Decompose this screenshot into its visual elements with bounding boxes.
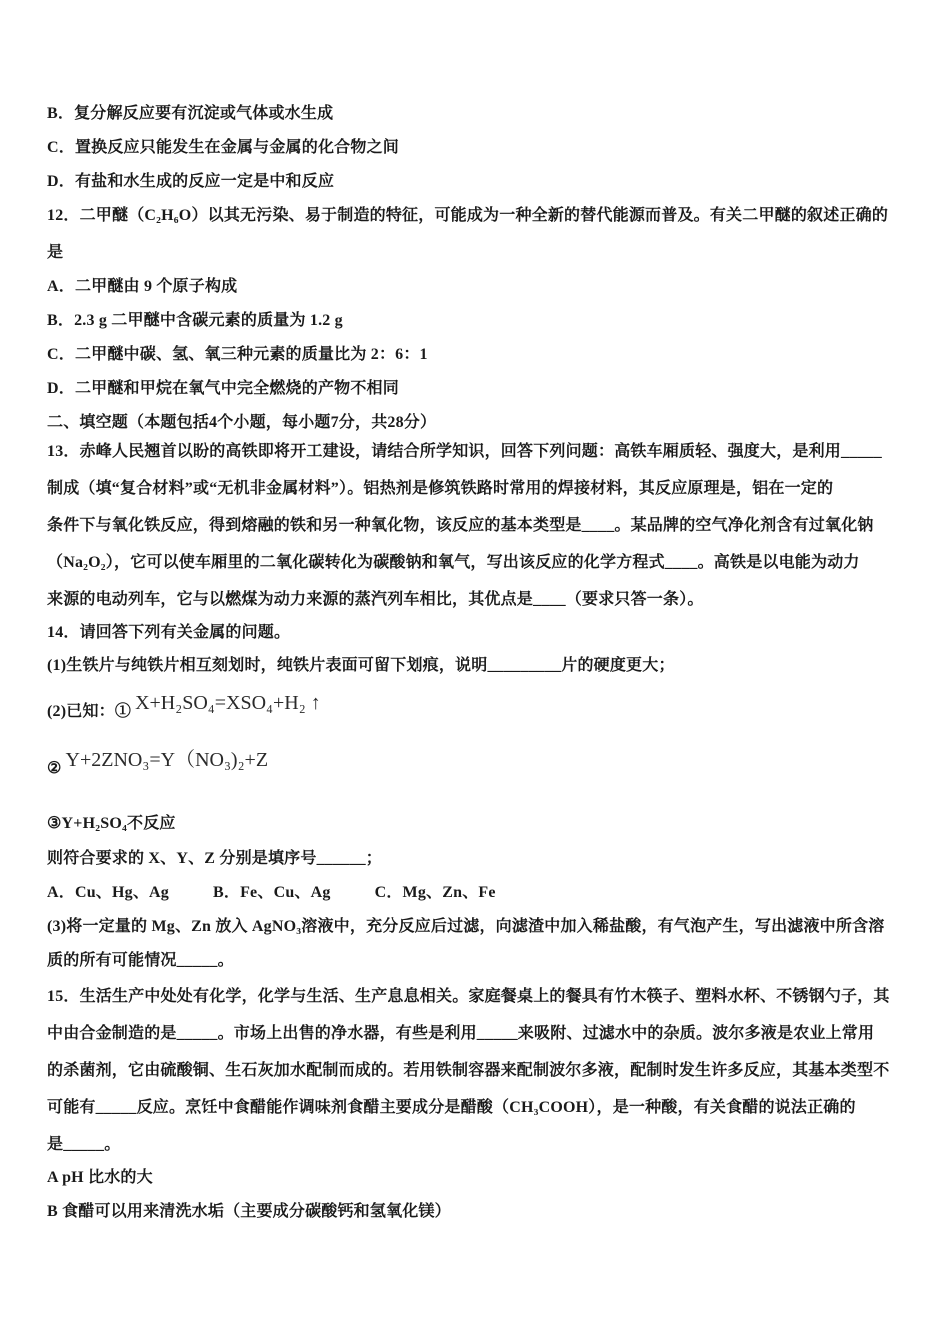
text-run: B 食醋可以用来清洗水垢（主要成分碳酸钙和氢氧化镁） — [47, 1203, 451, 1220]
option-q11-c: C．置换反应只能发生在金属与金属的化合物之间 — [47, 136, 910, 160]
text-run: 是_____。 — [47, 1136, 120, 1153]
option-q15-b: B 食醋可以用来清洗水垢（主要成分碳酸钙和氢氧化镁） — [47, 1200, 910, 1224]
text-run: (1)生铁片与纯铁片相互刻划时，纯铁片表面可留下划痕，说明_________片的… — [47, 657, 675, 674]
text-run: C．置换反应只能发生在金属与金属的化合物之间 — [47, 139, 399, 156]
option-q12-d: D．二甲醚和甲烷在氧气中完全燃烧的产物不相同 — [47, 377, 910, 401]
option-q11-d: D．有盐和水生成的反应一定是中和反应 — [47, 170, 910, 194]
chem-equation-1: X+H₂SO₄=XSO₄+H₂ ↑ — [131, 692, 321, 714]
option-q14-a: A．Cu、Hg、Ag — [47, 884, 169, 901]
question-15-line-5: 是_____。 — [47, 1133, 910, 1157]
text-run: 来源的电动列车，它与以燃煤为动力来源的蒸汽列车相比，其优点是____（要求只答一… — [47, 591, 704, 608]
question-14-part-2-options: A．Cu、Hg、AgB．Fe、Cu、AgC．Mg、Zn、Fe — [47, 881, 910, 905]
text-run: D．二甲醚和甲烷在氧气中完全燃烧的产物不相同 — [47, 380, 399, 397]
text-run: 二、填空题（本题包括4个小题，每小题7分，共28分） — [47, 414, 436, 431]
exam-page: B．复分解反应要有沉淀或气体或水生成C．置换反应只能发生在金属与金属的化合物之间… — [0, 0, 950, 1344]
question-14-part-3-line-2: 质的所有可能情况_____。 — [47, 949, 910, 973]
text-run: ③Y+H₂SO₄不反应 — [47, 815, 176, 832]
question-12-stem-line-1: 12．二甲醚（C₂H₆O）以其无污染、易于制造的特征，可能成为一种全新的替代能源… — [47, 204, 910, 228]
text-run: 12．二甲醚（C₂H₆O）以其无污染、易于制造的特征，可能成为一种全新的替代能源… — [47, 207, 888, 224]
question-15-line-4: 可能有_____反应。烹饪中食醋能作调味剂食醋主要成分是醋酸（CH₃COOH），… — [47, 1096, 910, 1120]
question-15-line-3: 的杀菌剂，它由硫酸铜、生石灰加水配制而成的。若用铁制容器来配制波尔多液，配制时发… — [47, 1059, 910, 1083]
text-run: 是 — [47, 244, 63, 261]
equation-2-label: ② — [47, 760, 62, 777]
question-13-line-3: 条件下与氧化铁反应，得到熔融的铁和另一种氧化物，该反应的基本类型是____。某品… — [47, 514, 910, 538]
option-q12-b: B．2.3 g 二甲醚中含碳元素的质量为 1.2 g — [47, 309, 910, 333]
option-q12-c: C．二甲醚中碳、氢、氧三种元素的质量比为 2：6：1 — [47, 343, 910, 367]
text-run: 制成（填“复合材料”或“无机非金属材料”）。铝热剂是修筑铁路时常用的焊接材料，其… — [47, 480, 833, 497]
text-run: 的杀菌剂，它由硫酸铜、生石灰加水配制而成的。若用铁制容器来配制波尔多液，配制时发… — [47, 1062, 889, 1079]
section-header: 二、填空题（本题包括4个小题，每小题7分，共28分） — [47, 411, 910, 435]
question-14-part-3-line-1: (3)将一定量的 Mg、Zn 放入 AgNO₃溶液中，充分反应后过滤，向滤渣中加… — [47, 915, 910, 939]
option-q15-a: A pH 比水的大 — [47, 1166, 910, 1190]
chem-equation-2: Y+2ZNO₃=Y（NO₃)₂+Z — [62, 749, 269, 771]
question-14-part-2-prompt: 则符合要求的 X、Y、Z 分别是填序号______； — [47, 847, 910, 871]
text-run: 14．请回答下列有关金属的问题。 — [47, 624, 290, 641]
equation-1-label: (2)已知：① — [47, 703, 131, 720]
option-q11-b: B．复分解反应要有沉淀或气体或水生成 — [47, 102, 910, 126]
option-q14-b: B．Fe、Cu、Ag — [213, 884, 331, 901]
text-run: A pH 比水的大 — [47, 1169, 153, 1186]
question-13-line-2: 制成（填“复合材料”或“无机非金属材料”）。铝热剂是修筑铁路时常用的焊接材料，其… — [47, 477, 910, 501]
text-run: (3)将一定量的 Mg、Zn 放入 AgNO₃溶液中，充分反应后过滤，向滤渣中加… — [47, 918, 884, 935]
text-run: C．二甲醚中碳、氢、氧三种元素的质量比为 2：6：1 — [47, 346, 428, 363]
text-run: 15．生活生产中处处有化学，化学与生活、生产息息相关。家庭餐桌上的餐具有竹木筷子… — [47, 988, 890, 1005]
text-run: 可能有_____反应。烹饪中食醋能作调味剂食醋主要成分是醋酸（CH₃COOH），… — [47, 1099, 856, 1116]
text-run: 13．赤峰人民翘首以盼的高铁即将开工建设，请结合所学知识，回答下列问题：高铁车厢… — [47, 443, 882, 460]
question-13-line-5: 来源的电动列车，它与以燃煤为动力来源的蒸汽列车相比，其优点是____（要求只答一… — [47, 588, 910, 612]
option-q14-c: C．Mg、Zn、Fe — [375, 884, 496, 901]
question-14-part-2-equation-3: ③Y+H₂SO₄不反应 — [47, 812, 910, 836]
text-run: 中由合金制造的是_____。市场上出售的净水器，有些是利用_____来吸附、过滤… — [47, 1025, 874, 1042]
text-run: （Na₂O₂），它可以使车厢里的二氧化碳转化为碳酸钠和氧气，写出该反应的化学方程… — [47, 554, 860, 571]
question-13-line-4: （Na₂O₂），它可以使车厢里的二氧化碳转化为碳酸钠和氧气，写出该反应的化学方程… — [47, 551, 910, 575]
text-run: D．有盐和水生成的反应一定是中和反应 — [47, 173, 334, 190]
question-12-stem-line-2: 是 — [47, 241, 910, 265]
text-run: 质的所有可能情况_____。 — [47, 952, 234, 969]
text-run: 条件下与氧化铁反应，得到熔融的铁和另一种氧化物，该反应的基本类型是____。某品… — [47, 517, 874, 534]
question-14-part-1: (1)生铁片与纯铁片相互刻划时，纯铁片表面可留下划痕，说明_________片的… — [47, 654, 910, 678]
question-14-stem: 14．请回答下列有关金属的问题。 — [47, 621, 910, 645]
question-15-line-1: 15．生活生产中处处有化学，化学与生活、生产息息相关。家庭餐桌上的餐具有竹木筷子… — [47, 985, 910, 1009]
question-14-part-2-equation-1: (2)已知：①X+H₂SO₄=XSO₄+H₂ ↑ — [47, 698, 910, 724]
text-run: 则符合要求的 X、Y、Z 分别是填序号______； — [47, 850, 382, 867]
question-13-line-1: 13．赤峰人民翘首以盼的高铁即将开工建设，请结合所学知识，回答下列问题：高铁车厢… — [47, 440, 910, 464]
question-15-line-2: 中由合金制造的是_____。市场上出售的净水器，有些是利用_____来吸附、过滤… — [47, 1022, 910, 1046]
text-run: A．二甲醚由 9 个原子构成 — [47, 278, 237, 295]
text-run: B．复分解反应要有沉淀或气体或水生成 — [47, 105, 333, 122]
question-14-part-2-equation-2: ②Y+2ZNO₃=Y（NO₃)₂+Z — [47, 755, 910, 781]
text-run: B．2.3 g 二甲醚中含碳元素的质量为 1.2 g — [47, 312, 343, 329]
option-q12-a: A．二甲醚由 9 个原子构成 — [47, 275, 910, 299]
document-body: B．复分解反应要有沉淀或气体或水生成C．置换反应只能发生在金属与金属的化合物之间… — [47, 102, 910, 1224]
